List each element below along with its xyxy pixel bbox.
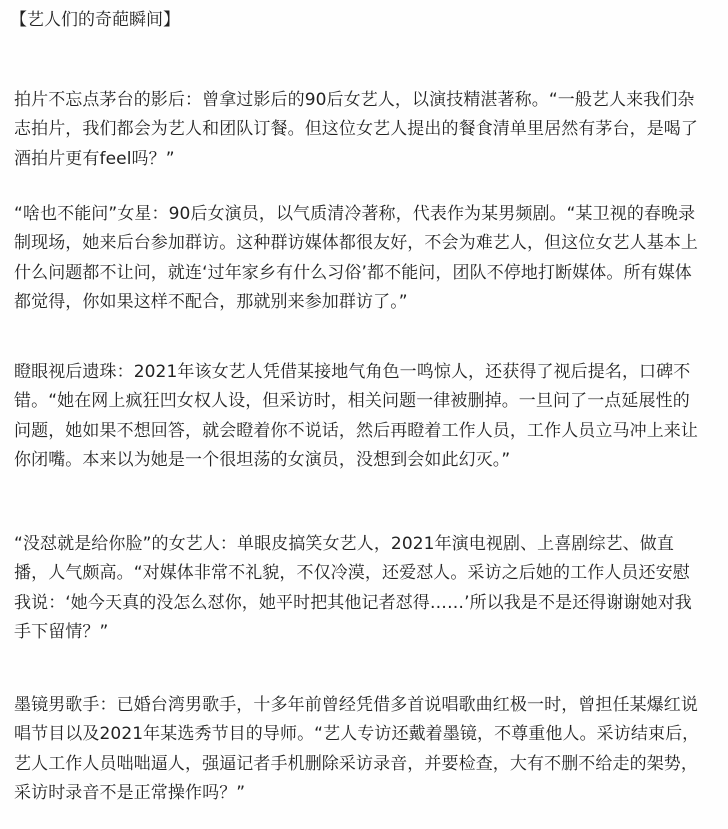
paragraph-line: 瞪眼视后遗珠：2021年该女艺人凭借某接地气角色一鸣惊人，还获得了视后提名，口碑…	[14, 358, 718, 387]
article-document: 【艺人们的奇葩瞬间】 拍片不忘点茅台的影后：曾拿过影后的90后女艺人，以演技精湛…	[0, 0, 728, 829]
paragraph-line: 播，人气颇高。“对媒体非常不礼貌，不仅冷漠，还爱怼人。采访之后她的工作人员还安慰	[14, 559, 718, 588]
paragraph-comedian-actress: “没怼就是给你脸”的女艺人：单眼皮搞笑女艺人，2021年演电视剧、上喜剧综艺、做…	[14, 530, 718, 647]
paragraph-line: “没怼就是给你脸”的女艺人：单眼皮搞笑女艺人，2021年演电视剧、上喜剧综艺、做…	[14, 530, 718, 559]
paragraph-line: 手下留情？”	[14, 618, 718, 647]
paragraph-line: 错。“她在网上疯狂凹女权人设，但采访时，相关问题一律被删掉。一旦问了一点延展性的	[14, 387, 718, 416]
article-title: 【艺人们的奇葩瞬间】	[10, 6, 180, 35]
paragraph-line: 酒拍片更有feel吗？”	[14, 145, 718, 174]
paragraph-sunglasses-singer: 墨镜男歌手：已婚台湾男歌手，十多年前曾经凭借多首说唱歌曲红极一时，曾担任某爆红说…	[14, 691, 718, 808]
paragraph-line: 什么问题都不让问，就连‘过年家乡有什么习俗’都不能问，团队不停地打断媒体。所有媒…	[14, 259, 718, 288]
paragraph-maotai-actress: 拍片不忘点茅台的影后：曾拿过影后的90后女艺人，以演技精湛著称。“一般艺人来我们…	[14, 86, 718, 174]
paragraph-line: 都觉得，你如果这样不配合，那就别来参加群访了。”	[14, 288, 718, 317]
paragraph-line: 你闭嘴。本来以为她是一个很坦荡的女演员，没想到会如此幻灭。”	[14, 446, 718, 475]
paragraph-line: 拍片不忘点茅台的影后：曾拿过影后的90后女艺人，以演技精湛著称。“一般艺人来我们…	[14, 86, 718, 115]
paragraph-line: “啥也不能问”女星：90后女演员，以气质清冷著称，代表作为某男频剧。“某卫视的春…	[14, 200, 718, 229]
paragraph-line: 墨镜男歌手：已婚台湾男歌手，十多年前曾经凭借多首说唱歌曲红极一时，曾担任某爆红说	[14, 691, 718, 720]
paragraph-line: 唱节目以及2021年某选秀节目的导师。“艺人专访还戴着墨镜，不尊重他人。采访结束…	[14, 720, 718, 749]
paragraph-line: 艺人工作人员咄咄逼人，强逼记者手机删除采访录音，并要检查，大有不删不给走的架势，	[14, 750, 718, 779]
paragraph-line: 问题，她如果不想回答，就会瞪着你不说话，然后再瞪着工作人员，工作人员立马冲上来让	[14, 417, 718, 446]
paragraph-line: 我说：‘她今天真的没怎么怼你，她平时把其他记者怼得……’所以我是不是还得谢谢她对…	[14, 589, 718, 618]
paragraph-glaring-actress: 瞪眼视后遗珠：2021年该女艺人凭借某接地气角色一鸣惊人，还获得了视后提名，口碑…	[14, 358, 718, 475]
paragraph-line: 采访时录音不是正常操作吗？”	[14, 779, 718, 808]
paragraph-line: 志拍片，我们都会为艺人和团队订餐。但这位女艺人提出的餐食清单里居然有茅台，是喝了	[14, 115, 718, 144]
paragraph-line: 制现场，她来后台参加群访。这种群访媒体都很友好，不会为难艺人，但这位女艺人基本上	[14, 229, 718, 258]
paragraph-no-questions-star: “啥也不能问”女星：90后女演员，以气质清冷著称，代表作为某男频剧。“某卫视的春…	[14, 200, 718, 317]
